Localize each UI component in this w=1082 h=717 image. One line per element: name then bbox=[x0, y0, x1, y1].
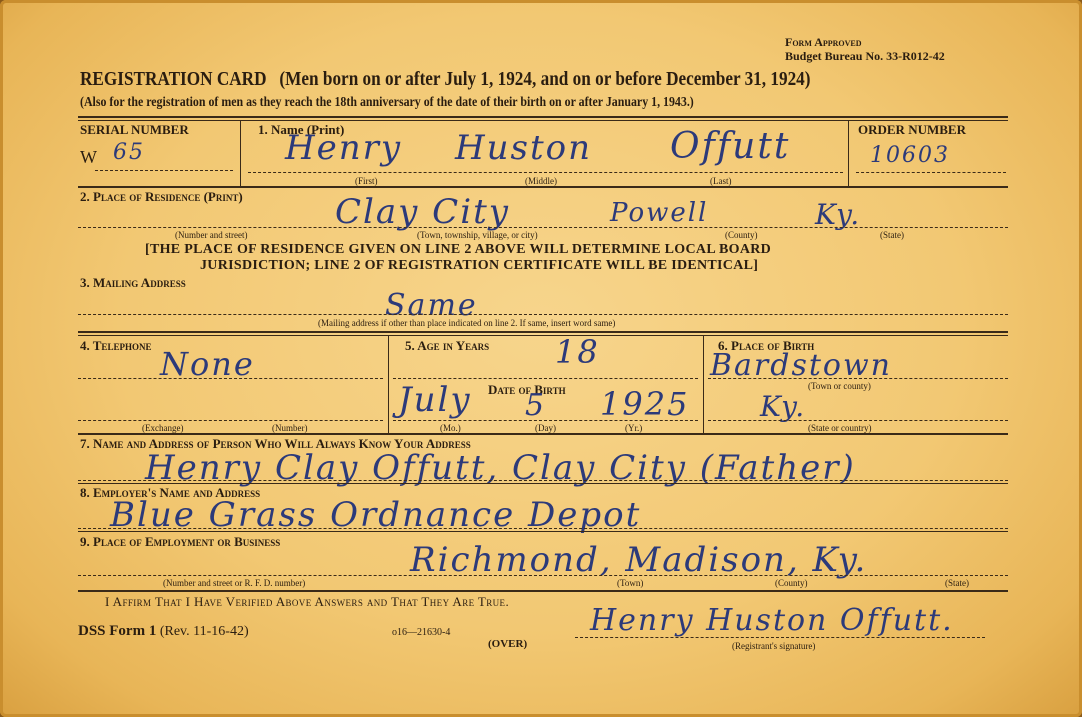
caption-county: (County) bbox=[725, 230, 758, 240]
residence-town[interactable]: Clay City bbox=[335, 192, 510, 232]
registrant-signature[interactable]: Henry Huston Offutt. bbox=[590, 603, 954, 638]
residence-notice-2: JURISDICTION; LINE 2 OF REGISTRATION CER… bbox=[200, 258, 758, 274]
print-code: o16—21630-4 bbox=[392, 627, 450, 638]
dob-day[interactable]: 5 bbox=[525, 388, 546, 423]
name-last[interactable]: Offutt bbox=[670, 126, 790, 167]
caption-mo: (Mo.) bbox=[440, 423, 461, 433]
caption-birth-state: (State or country) bbox=[808, 423, 871, 433]
birthplace-state[interactable]: Ky. bbox=[760, 390, 806, 423]
form-revision: (Rev. 11-16-42) bbox=[160, 624, 249, 639]
divider bbox=[78, 483, 1008, 484]
divider bbox=[78, 116, 1008, 118]
employer-line bbox=[78, 528, 1008, 529]
employment-place-value[interactable]: Richmond, Madison, Ky. bbox=[410, 540, 867, 580]
dob-year[interactable]: 1925 bbox=[600, 385, 689, 423]
name-line bbox=[248, 172, 843, 173]
caption-town: (Town, township, village, or city) bbox=[417, 230, 538, 240]
registration-card: Form Approved Budget Bureau No. 33-R012-… bbox=[0, 0, 1082, 717]
serial-line bbox=[95, 170, 233, 171]
serial-label: SERIAL NUMBER bbox=[80, 122, 189, 138]
caption-yr: (Yr.) bbox=[625, 423, 642, 433]
caption-rfd: (Number and street or R. F. D. number) bbox=[163, 578, 305, 588]
caption-day: (Day) bbox=[535, 423, 556, 433]
caption-middle: (Middle) bbox=[525, 176, 557, 186]
caption-first: (First) bbox=[355, 176, 378, 186]
divider bbox=[388, 335, 389, 433]
employment-place-label: 9. Place of Employment or Business bbox=[80, 534, 280, 550]
mailing-caption: (Mailing address if other than place ind… bbox=[318, 318, 615, 328]
order-value[interactable]: 10603 bbox=[870, 143, 950, 168]
caption-emp-county: (County) bbox=[775, 578, 808, 588]
birthplace-line-2 bbox=[708, 420, 1008, 421]
contact-line bbox=[78, 480, 1008, 481]
signature-line bbox=[575, 637, 985, 638]
form-approved: Form Approved bbox=[785, 35, 862, 50]
age-value[interactable]: 18 bbox=[555, 333, 600, 371]
caption-street: (Number and street) bbox=[175, 230, 247, 240]
divider bbox=[240, 120, 241, 188]
divider bbox=[78, 186, 1008, 188]
employment-line bbox=[78, 575, 1008, 576]
employer-value[interactable]: Blue Grass Ordnance Depot bbox=[110, 495, 641, 535]
contact-value[interactable]: Henry Clay Offutt, Clay City (Father) bbox=[145, 448, 856, 488]
caption-emp-town: (Town) bbox=[617, 578, 643, 588]
divider bbox=[78, 120, 1008, 121]
title-subtitle: (Men born on or after July 1, 1924, and … bbox=[279, 68, 810, 90]
residence-line bbox=[78, 227, 1008, 228]
card-title: REGISTRATION CARD (Men born on or after … bbox=[80, 68, 811, 91]
form-id: DSS Form 1 bbox=[78, 623, 156, 639]
caption-exchange: (Exchange) bbox=[142, 423, 183, 433]
residence-label: 2. Place of Residence (Print) bbox=[80, 189, 243, 205]
divider bbox=[703, 335, 704, 433]
caption-state: (State) bbox=[880, 230, 904, 240]
title: REGISTRATION CARD bbox=[80, 68, 267, 90]
age-line bbox=[393, 378, 698, 379]
dob-month[interactable]: July bbox=[398, 380, 472, 420]
caption-number: (Number) bbox=[272, 423, 308, 433]
name-first[interactable]: Henry bbox=[285, 128, 402, 168]
dob-line bbox=[393, 420, 698, 421]
residence-county[interactable]: Powell bbox=[610, 198, 708, 228]
telephone-line-1 bbox=[78, 378, 383, 379]
caption-birth-town: (Town or county) bbox=[808, 381, 871, 391]
caption-emp-state: (State) bbox=[945, 578, 969, 588]
caption-last: (Last) bbox=[710, 176, 732, 186]
telephone-line-2 bbox=[78, 420, 383, 421]
divider bbox=[78, 590, 1008, 592]
affirmation: I Affirm That I Have Verified Above Answ… bbox=[105, 594, 509, 610]
divider bbox=[78, 331, 1008, 333]
order-line bbox=[856, 172, 1006, 173]
divider bbox=[78, 531, 1008, 532]
order-label: ORDER NUMBER bbox=[858, 122, 966, 138]
subtitle-line2: (Also for the registration of men as the… bbox=[80, 95, 694, 111]
serial-prefix: W bbox=[80, 147, 97, 168]
over-note: (OVER) bbox=[488, 638, 527, 650]
mailing-line bbox=[78, 314, 1008, 315]
mailing-label: 3. Mailing Address bbox=[80, 275, 186, 291]
budget-bureau: Budget Bureau No. 33-R012-42 bbox=[785, 49, 945, 64]
telephone-label: 4. Telephone bbox=[80, 338, 151, 354]
divider bbox=[78, 335, 1008, 336]
divider bbox=[848, 120, 849, 188]
signature-caption: (Registrant's signature) bbox=[732, 641, 815, 651]
divider bbox=[78, 433, 1008, 435]
birthplace-line-1 bbox=[708, 378, 1008, 379]
name-middle[interactable]: Huston bbox=[455, 128, 592, 168]
serial-value[interactable]: 65 bbox=[113, 140, 145, 165]
residence-notice-1: [THE PLACE OF RESIDENCE GIVEN ON LINE 2 … bbox=[145, 242, 771, 258]
form-id-block: DSS Form 1 (Rev. 11-16-42) bbox=[78, 623, 249, 640]
age-label: 5. Age in Years bbox=[405, 338, 489, 354]
